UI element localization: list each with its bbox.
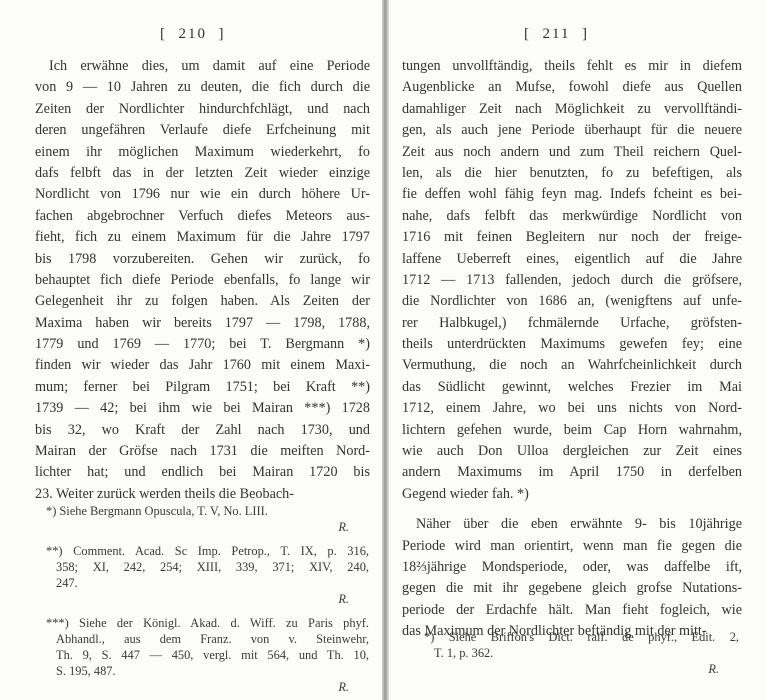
text-line: Vermuthung, die noch an Wahrfcheinlichke… <box>402 355 742 376</box>
footnote-line: T. 1, p. 362. <box>424 645 739 661</box>
text-line: 1739 — 42; bei ihm wie bei Mairan ***) 1… <box>35 398 370 419</box>
text-line: gen, als auch jene Periode überhaupt für… <box>402 120 742 141</box>
text-line: Ich erwähne dies, um damit auf eine Peri… <box>35 56 370 77</box>
text-line: nahe, dafs felbft das merkwürdige Nordli… <box>402 206 742 227</box>
footnote-line: Th. 9, S. 447 — 450, vergl. mit 564, und… <box>46 647 369 663</box>
right-page: [ 211 ] tungen unvollftändig, theils feh… <box>389 0 765 700</box>
footnote-signature: R. <box>46 679 369 695</box>
text-line: Gelegenheit ihr zu folgen haben. Als Zei… <box>35 291 370 312</box>
footnote-line: *) Siehe Briffon's Dict. raif. de phyf.,… <box>424 629 739 645</box>
footnotes: *) Siehe Briffon's Dict. raif. de phyf.,… <box>424 629 739 685</box>
page-number: [ 210 ] <box>160 26 226 43</box>
footnote-signature: R. <box>46 519 369 535</box>
text-line: Augenblicke an Mufse, fowohl diefe aus Q… <box>402 77 742 98</box>
left-page: [ 210 ] Ich erwähne dies, um damit auf e… <box>0 0 382 700</box>
text-line: fieht, fich zu einem Maximum für die Jah… <box>35 227 370 248</box>
footnote: ***) Siehe der Königl. Akad. d. Wiff. zu… <box>46 615 369 695</box>
text-line: deren ungefähren Verlaufe diefe Erfchein… <box>35 120 370 141</box>
text-line: andern Maximums im April 1750 in derfelb… <box>402 462 742 483</box>
text-line: laffene Ueberreft eines, eigentlich auf … <box>402 249 742 270</box>
footnote-line: *) Siehe Bergmann Opuscula, T. V, No. LI… <box>46 503 369 519</box>
text-line: 23. Weiter zurück werden theils die Beob… <box>35 484 370 505</box>
body-text: Ich erwähne dies, um damit auf eine Peri… <box>35 56 370 505</box>
footnote: **) Comment. Acad. Sc Imp. Petrop., T. I… <box>46 543 369 607</box>
text-line: Maxima haben wir bereits 1797 — 1798, 17… <box>35 313 370 334</box>
book-gutter <box>382 0 389 700</box>
text-line: von 9 — 10 Jahren zu deuten, die fich du… <box>35 77 370 98</box>
footnote-line: **) Comment. Acad. Sc Imp. Petrop., T. I… <box>46 543 369 559</box>
footnote-line: S. 195, 487. <box>46 663 369 679</box>
text-line: dafs felbft das in der letzten Zeit wied… <box>35 163 370 184</box>
text-line: Periode wird man orientirt, wenn man fie… <box>402 536 742 557</box>
text-line: theils unterdrückten Maximums gewefen fe… <box>402 334 742 355</box>
footnote-line: 247. <box>46 575 369 591</box>
text-line: fachen abgebrochner Verfuch diefes Meteo… <box>35 206 370 227</box>
text-line: 1716 mit feinen Begleitern nur noch der … <box>402 227 742 248</box>
text-line: rer Halbkugel,) fchmälernde Urfache, grö… <box>402 313 742 334</box>
text-line: fie deffen wohl fähig feyn mag. Indefs f… <box>402 184 742 205</box>
text-line: Näher über die eben erwähnte 9- bis 10jä… <box>402 514 742 535</box>
text-line: 1712, einem Jahre, wo bei uns nichts von… <box>402 398 742 419</box>
body-text: tungen unvollftändig, theils fehlt es mi… <box>402 56 742 643</box>
text-line: periode der Erdachfe hält. Man fieht fog… <box>402 600 742 621</box>
text-line: bis 1798 vorzubereiten. Gehen wir zurück… <box>35 249 370 270</box>
text-line: Mairan der Gröfse nach 1731 die meiften … <box>35 441 370 462</box>
text-line: Nordlicht von 1796 nur wie ein durch höh… <box>35 184 370 205</box>
footnote-line: Abhandl., aus dem Franz. von v. Steinweh… <box>46 631 369 647</box>
text-line: die Nordlichter von 1686 an, (wenigftens… <box>402 291 742 312</box>
text-line: einem ihr möglichen Maximum wiederkehrt,… <box>35 142 370 163</box>
footnote-signature: R. <box>424 661 739 677</box>
text-line: Zeit aus noch andern und zum Theil reich… <box>402 142 742 163</box>
text-line: lichter hat; und endlich bei Mairan 1720… <box>35 462 370 483</box>
text-line: Zeiten der Nordlichter hindurchfchlägt, … <box>35 99 370 120</box>
text-line: behauptet fich diefe Periode ebenfalls, … <box>35 270 370 291</box>
text-line: mum; ferner bei Pilgram 1751; bei Kraft … <box>35 377 370 398</box>
text-line: 18⅔jährige Mondsperiode, oder, was daffe… <box>402 557 742 578</box>
text-line: Gegend wieder fah. *) <box>402 484 742 505</box>
footnote: *) Siehe Briffon's Dict. raif. de phyf.,… <box>424 629 739 677</box>
footnote-line: ***) Siehe der Königl. Akad. d. Wiff. zu… <box>46 615 369 631</box>
footnote-line: 358; XI, 242, 254; XIII, 339, 371; XIV, … <box>46 559 369 575</box>
text-line: len, als die hier benutzten, fo zu befef… <box>402 163 742 184</box>
text-line: wie auch Don Ulloa dergleichen zur Zeit … <box>402 441 742 462</box>
text-line: gegen die mit ihr gegebene gleich grofse… <box>402 578 742 599</box>
text-line: tungen unvollftändig, theils fehlt es mi… <box>402 56 742 77</box>
page-number: [ 211 ] <box>524 26 589 43</box>
text-line: damahliger Zeit nach Möglichkeit zu verv… <box>402 99 742 120</box>
text-line: das Südlicht gewinnt, welches Frezier im… <box>402 377 742 398</box>
text-line: lichtern gefehen wurde, beim Cap Horn wa… <box>402 420 742 441</box>
footnotes: *) Siehe Bergmann Opuscula, T. V, No. LI… <box>46 503 369 700</box>
text-line: finden wir wieder das Jahr 1760 mit eine… <box>35 355 370 376</box>
footnote-signature: R. <box>46 591 369 607</box>
footnote: *) Siehe Bergmann Opuscula, T. V, No. LI… <box>46 503 369 535</box>
text-line: 1712 — 1713 fallenden, jedoch durch die … <box>402 270 742 291</box>
text-line: 1779 und 1769 — 1770; bei T. Bergmann *) <box>35 334 370 355</box>
text-line: bis 32, wo Kraft der Zahl nach 1730, und <box>35 420 370 441</box>
